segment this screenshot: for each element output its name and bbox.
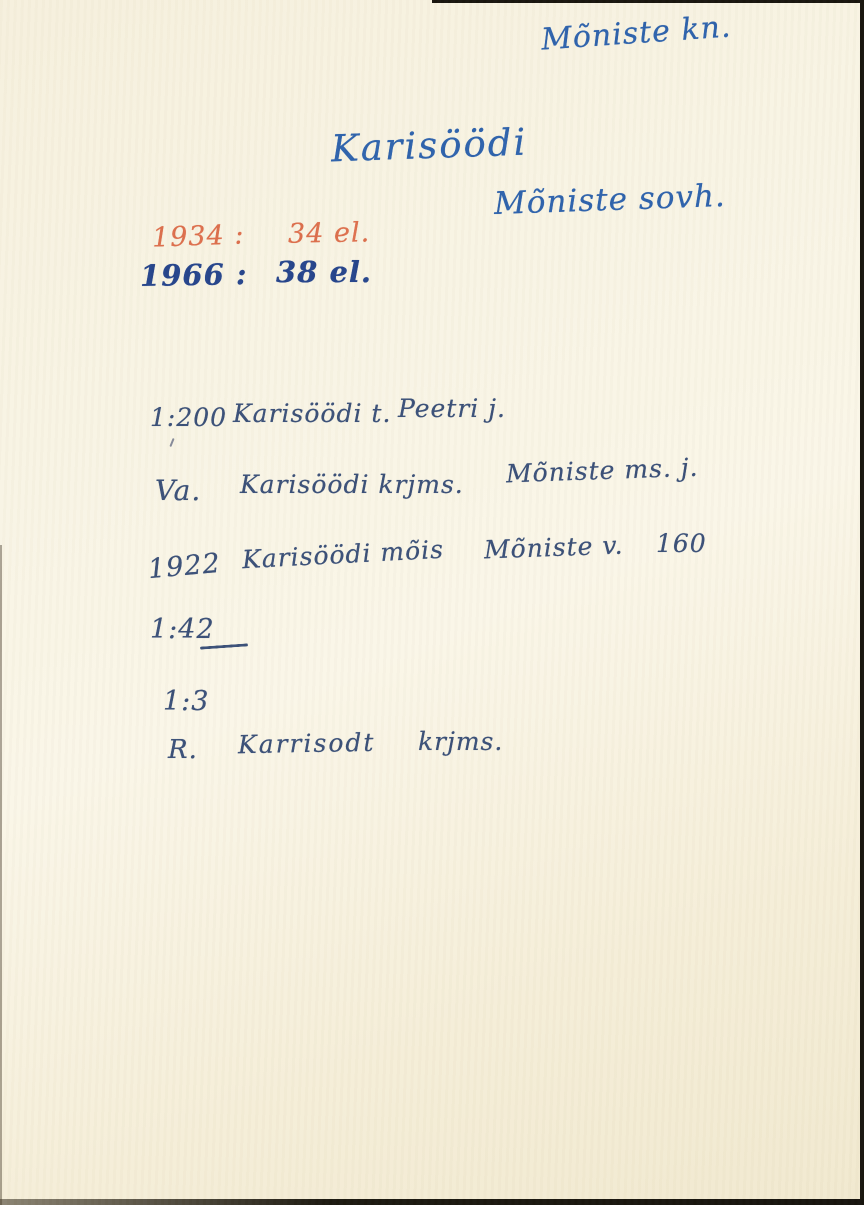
entry-2-detail: Mõniste ms. j. bbox=[506, 453, 699, 489]
entry-3-ref: 1922 bbox=[147, 548, 222, 585]
entry-2-name: Karisöödi krjms. bbox=[240, 470, 464, 499]
entry-1-ref: 1:200 bbox=[150, 403, 227, 432]
population-1934-value: 34 el. bbox=[288, 217, 371, 249]
entry-5-ref: 1:3 bbox=[163, 686, 209, 717]
entry-6-name: Karrisodt bbox=[238, 728, 376, 759]
corner-note: Mõniste kn. bbox=[540, 9, 732, 57]
scan-edge-bottom bbox=[0, 1199, 864, 1205]
entry-4-ref: 1:42 bbox=[150, 614, 215, 645]
population-1934-label: 1934 : bbox=[151, 219, 244, 253]
scan-edge-left bbox=[0, 545, 2, 1205]
stray-pen-tick bbox=[169, 438, 174, 447]
scan-edge-right bbox=[860, 0, 864, 1205]
population-1966-value: 38 el. bbox=[276, 255, 372, 289]
entry-3-name: Karisöödi mõis bbox=[241, 535, 444, 575]
card-title: Karisöödi bbox=[330, 121, 528, 171]
entry-6-detail: krjms. bbox=[418, 727, 503, 756]
entry-2-ref: Va. bbox=[155, 474, 201, 507]
population-1966-label: 1966 : bbox=[140, 257, 248, 293]
card-subtitle: Mõniste sovh. bbox=[493, 178, 726, 222]
scan-edge-top bbox=[432, 0, 864, 3]
entry-3-detail: Mõniste v. bbox=[484, 531, 624, 565]
scanned-archive-card: Mõniste kn. Karisöödi Mõniste sovh. 1934… bbox=[0, 0, 864, 1205]
entry-1-detail: Peetri j. bbox=[398, 394, 506, 423]
entry-1-name: Karisöödi t. bbox=[233, 399, 391, 428]
entry-3-number: 160 bbox=[656, 529, 707, 558]
entry-6-ref: R. bbox=[168, 735, 198, 765]
